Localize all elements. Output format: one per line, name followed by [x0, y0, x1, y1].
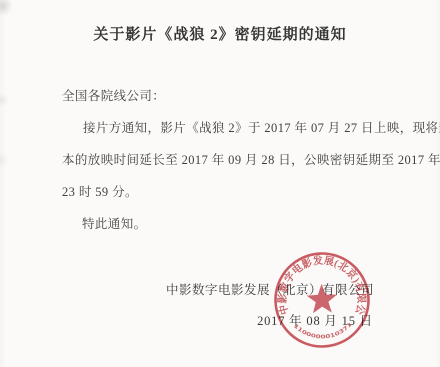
notice-document-page: 关于影片《战狼 2》密钥延期的通知 全国各院线公司： 接片方通知，影片《战狼 2… [0, 0, 440, 367]
seal-ring-text: 中影数字电影发展(北京)有限公司 [270, 248, 368, 319]
body-line-2: 本的放映时间延长至 2017 年 09 月 28 日，公映密钥延期至 2017 … [62, 153, 392, 167]
company-seal-stamp: 中影数字电影发展(北京)有限公司 1100000010371 [270, 248, 373, 351]
seal-serial-number: 1100000010371 [292, 321, 355, 341]
closing-line: 特此通知。 [82, 217, 412, 231]
salutation-line: 全国各院线公司： [62, 89, 392, 103]
star-icon [306, 283, 337, 313]
body-line-3: 23 时 59 分。 [62, 185, 392, 199]
document-title: 关于影片《战狼 2》密钥延期的通知 [0, 23, 440, 44]
body-line-1: 接片方通知，影片《战狼 2》于 2017 年 07 月 27 日上映，现将影片所… [62, 121, 413, 135]
